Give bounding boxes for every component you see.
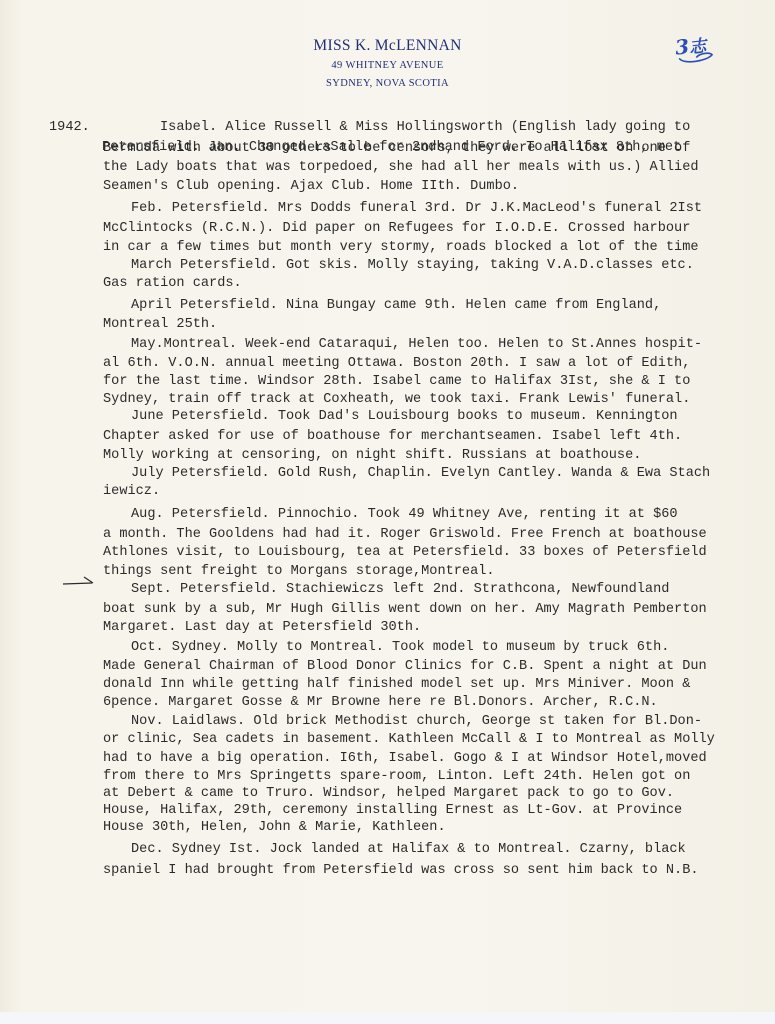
text-line: Made General Chairman of Blood Donor Cli… <box>103 657 707 677</box>
text-line: Isabel. Alice Russell & Miss Hollingswor… <box>160 118 690 138</box>
text-line: July Petersfield. Gold Rush, Chaplin. Ev… <box>131 464 710 484</box>
text-line: spaniel I had brought from Petersfield w… <box>103 861 699 878</box>
text-line: Seamen's Club opening. Ajax Club. Home I… <box>103 177 519 197</box>
text-line: Chapter asked for use of boathouse for m… <box>103 427 682 447</box>
text-line: or clinic, Sea cadets in basement. Kathl… <box>103 730 715 750</box>
text-line: Gas ration cards. <box>103 274 242 294</box>
typed-diary-text: 1942. Petersfield. Jan. Changed LaSalle … <box>0 98 775 878</box>
letterhead-address: 49 WHITNEY AVENUE <box>0 57 775 75</box>
text-line: Aug. Petersfield. Pinnochio. Took 49 Whi… <box>131 505 678 525</box>
text-line: April Petersfield. Nina Bungay came 9th.… <box>131 296 661 316</box>
text-line: Montreal 25th. <box>103 315 217 335</box>
text-line: iewicz. <box>103 482 160 502</box>
text-line: had to have a big operation. I6th, Isabe… <box>103 749 707 769</box>
scan-border <box>0 1012 775 1024</box>
text-line: in car a few times but month very stormy… <box>103 238 699 258</box>
letterhead: MISS K. McLENNAN 49 WHITNEY AVENUE SYDNE… <box>0 36 775 93</box>
text-line: McClintocks (R.C.N.). Did paper on Refug… <box>103 219 690 239</box>
text-line: June Petersfield. Took Dad's Louisbourg … <box>131 407 678 427</box>
text-line: Feb. Petersfield. Mrs Dodds funeral 3rd.… <box>131 199 702 219</box>
text-line: 6pence. Margaret Gosse & Mr Browne here … <box>103 693 658 713</box>
text-line: a month. The Gooldens had had it. Roger … <box>103 525 707 545</box>
typed-letter-page: MISS K. McLENNAN 49 WHITNEY AVENUE SYDNE… <box>0 0 775 1012</box>
text-line: boat sunk by a sub, Mr Hugh Gillis went … <box>103 600 707 620</box>
text-line: May.Montreal. Week-end Cataraqui, Helen … <box>131 335 702 355</box>
text-line: things sent freight to Morgans storage,M… <box>103 562 495 582</box>
text-line: Molly working at censoring, on night shi… <box>103 446 641 466</box>
letterhead-name: MISS K. McLENNAN <box>0 36 775 56</box>
text-line: al 6th. V.O.N. annual meeting Ottawa. Bo… <box>103 354 690 374</box>
text-line: the Lady boats that was torpedoed, she h… <box>103 158 699 178</box>
text-line: House 30th, Helen, John & Marie, Kathlee… <box>103 818 446 838</box>
text-line: 1942. Petersfield. Jan. Changed LaSalle … <box>0 98 49 118</box>
handwritten-arrow-icon <box>62 574 102 588</box>
text-line: Margaret. Last day at Petersfield 30th. <box>103 618 421 638</box>
text-line: Nov. Laidlaws. Old brick Methodist churc… <box>131 712 702 732</box>
text-line: Athlones visit, to Louisbourg, tea at Pe… <box>103 543 707 563</box>
text-line: Sept. Petersfield. Stachiewiczs left 2nd… <box>131 580 669 600</box>
year-label: 1942. <box>49 118 90 138</box>
text-line: Oct. Sydney. Molly to Montreal. Took mod… <box>131 638 669 658</box>
handwritten-page-number: 3志 <box>674 31 707 59</box>
letterhead-city: SYDNEY, NOVA SCOTIA <box>0 75 775 93</box>
text-line: for the last time. Windsor 28th. Isabel … <box>103 372 690 392</box>
text-line: donald Inn while getting half finished m… <box>103 675 690 695</box>
text-line: March Petersfield. Got skis. Molly stayi… <box>131 256 694 276</box>
text-line: Dec. Sydney Ist. Jock landed at Halifax … <box>131 840 686 860</box>
text-line: Bermuda with about 30 others to be censo… <box>103 139 690 159</box>
